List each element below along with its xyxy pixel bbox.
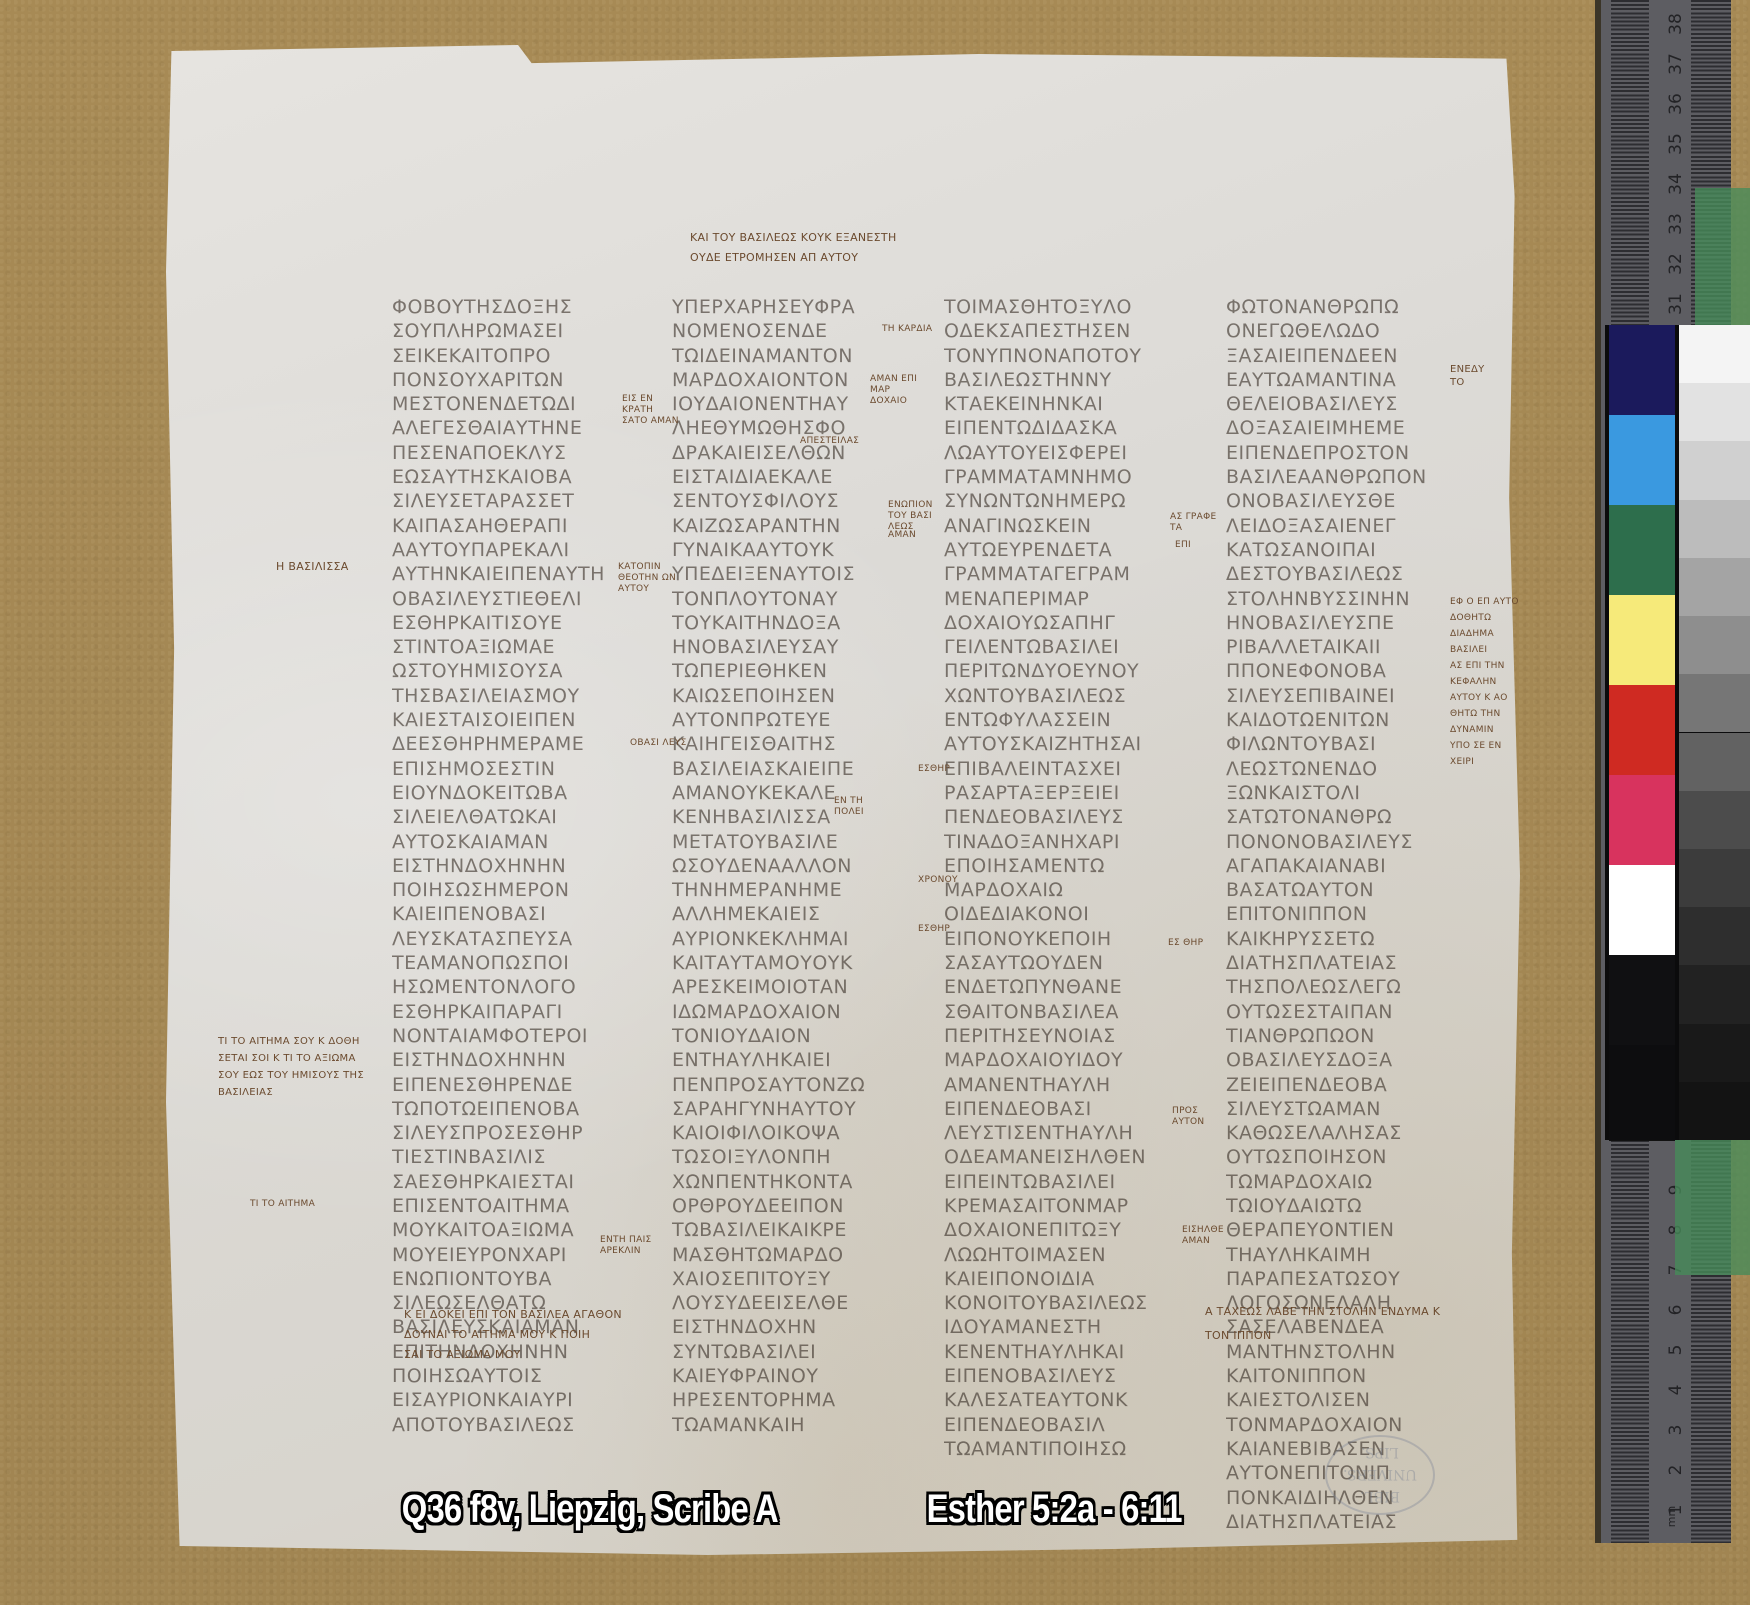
interlinear-note: ΑΜΑΝ — [888, 530, 948, 541]
manuscript-line: ΓΕΙΛΕΝΤΩΒΑΣΙΛΕΙ — [944, 635, 1194, 659]
manuscript-line: ΛΩΩΗΤΟΙΜΑΣΕΝ — [944, 1243, 1194, 1267]
marginal-note-line: ΑΣ ΕΠΙ ΤΗΝ — [1450, 658, 1519, 674]
manuscript-line: ΩΣΟΥΔΕΝΑΑΛΛΟΝ — [672, 854, 922, 878]
manuscript-line: ΕΙΣΤΗΝΔΟΧΗΝΗΝ — [392, 854, 642, 878]
manuscript-line: ΚΑΙΖΩΣΑΡΑΝΤΗΝ — [672, 514, 922, 538]
gray-step — [1679, 907, 1750, 965]
manuscript-line: ΕΙΠΕΝΕΣΘΗΡΕΝΔΕ — [392, 1073, 642, 1097]
manuscript-line: ΤΩΑΜΑΝΤΙΠΟΙΗΣΩ — [944, 1437, 1194, 1461]
gray-step — [1679, 965, 1750, 1023]
manuscript-line: ΑΥΤΟΣΚΑΙΑΜΑΝ — [392, 830, 642, 854]
manuscript-line: ΟΥΤΩΣΕΣΤΑΙΠΑΝ — [1226, 1000, 1476, 1024]
manuscript-line: ΒΑΣΙΛΕΩΣΤΗΝΝΥ — [944, 368, 1194, 392]
manuscript-line: ΒΑΣΙΛΕΙΑΣΚΑΙΕΙΠΕ — [672, 757, 922, 781]
manuscript-line: ΕΠΙΤΟΝΙΠΠΟΝ — [1226, 902, 1476, 926]
interlinear-note: ΑΣ ΓΡΑΦΕ ΤΑ — [1170, 512, 1230, 534]
ruler-mark: 37 — [1666, 49, 1686, 79]
gray-step — [1679, 1024, 1750, 1082]
manuscript-line: ΚΑΙΤΟΝΙΠΠΟΝ — [1226, 1364, 1476, 1388]
manuscript-line: ΜΕΣΤΟΝΕΝΔΕΤΩΔΙ — [392, 392, 642, 416]
manuscript-line: ΕΙΣΑΥΡΙΟΝΚΑΙΑΥΡΙ — [392, 1388, 642, 1412]
manuscript-line: ΟΝΕΓΩΘΕΛΩΔΟ — [1226, 319, 1476, 343]
manuscript-line: ΤΩΙΟΥΔΑΙΩΤΩ — [1226, 1194, 1476, 1218]
manuscript-line: ΚΑΙΔΟΤΩΕΝΙΤΩΝ — [1226, 708, 1476, 732]
manuscript-line: ΦΩΤΟΝΑΝΘΡΩΠΩ — [1226, 295, 1476, 319]
marginal-note-left-small: ΤΙ ΤΟ ΑΙΤΗΜΑ — [250, 1198, 315, 1211]
marginal-note-line: ΑΥΤΟΥ Κ ΑΟ — [1450, 690, 1519, 706]
manuscript-line: ΤΟΝΥΠΝΟΝΑΠΟΤΟΥ — [944, 344, 1194, 368]
manuscript-line: ΚΡΕΜΑΣΑΙΤΟΝΜΑΡ — [944, 1194, 1194, 1218]
gray-step — [1679, 1082, 1750, 1140]
manuscript-line: ΚΑΙΕΙΠΕΝΟΒΑΣΙ — [392, 902, 642, 926]
manuscript-line: ΣΟΥΠΛΗΡΩΜΑΣΕΙ — [392, 319, 642, 343]
manuscript-line: ΞΑΣΑΙΕΙΠΕΝΔΕΕΝ — [1226, 344, 1476, 368]
color-swatch — [1609, 955, 1675, 1046]
marginal-note-line: ΒΑΣΙΛΕΙ — [1450, 642, 1519, 658]
interlinear-note: ΟΒΑΣΙ ΛΕΥΣ — [630, 738, 690, 749]
manuscript-line: ΚΑΙΕΣΤΑΙΣΟΙΕΙΠΕΝ — [392, 708, 642, 732]
interlinear-note: ΕΠΙ — [1175, 540, 1235, 551]
manuscript-line: ΚΑΙΠΑΣΑΗΘΕΡΑΠΙ — [392, 514, 642, 538]
manuscript-line: ΣΑΡΑΗΓΥΝΗΑΥΤΟΥ — [672, 1097, 922, 1121]
manuscript-line: ΜΑΡΔΟΧΑΙΟΥΙΔΟΥ — [944, 1048, 1194, 1072]
interlinear-note: ΕΙΣ ΕΝ ΚΡΑΤΗ ΣΑΤΟ ΑΜΑΝ — [622, 394, 682, 427]
manuscript-line: ΝΟΝΤΑΙΑΜΦΟΤΕΡΟΙ — [392, 1024, 642, 1048]
marginal-note-top: ΚΑΙ ΤΟΥ ΒΑΣΙΛΕΩΣ ΚΟΥΚ ΕΞΑΝΕΣΤΗΟΥΔΕ ΕΤΡΟΜ… — [690, 228, 897, 268]
manuscript-line: ΕΩΣΑΥΤΗΣΚΑΙΟΒΑ — [392, 465, 642, 489]
manuscript-line: ΛΕΩΣΤΩΝΕΝΔΟ — [1226, 757, 1476, 781]
marginal-note-bottom-left: Κ ΕΙ ΔΟΚΕΙ ΕΠΙ ΤΟΝ ΒΑΣΙΛΕΑ ΑΓΑΘΟΝΔΟΥΝΑΙ … — [404, 1305, 622, 1365]
manuscript-line: ΒΑΣΙΛΕΑΑΝΘΡΩΠΟΝ — [1226, 465, 1476, 489]
manuscript-line: ΠΕΡΙΤΗΣΕΥΝΟΙΑΣ — [944, 1024, 1194, 1048]
manuscript-line: ΜΕΤΑΤΟΥΒΑΣΙΛΕ — [672, 830, 922, 854]
manuscript-line: ΤΙΑΝΘΡΩΠΩΟΝ — [1226, 1024, 1476, 1048]
stamp-line: UNIVERS. — [1327, 1463, 1433, 1485]
manuscript-line: ΣΙΛΕΥΣΠΡΟΣΕΣΘΗΡ — [392, 1121, 642, 1145]
marginal-note-line: ΕΦ Ο ΕΠ ΑΥΤΟ — [1450, 594, 1519, 610]
marginal-note-line: ΤΙ ΤΟ ΑΙΤΗΜΑ ΣΟΥ Κ ΔΟΘΗ — [218, 1033, 364, 1050]
manuscript-line: ΤΩΠΕΡΙΕΘΗΚΕΝ — [672, 659, 922, 683]
text-column-3: ΤΟΙΜΑΣΘΗΤΟΞΥΛΟΟΔΕΚΣΑΠΕΣΤΗΣΕΝΤΟΝΥΠΝΟΝΑΠΟΤ… — [944, 295, 1194, 1461]
manuscript-line: ΣΙΛΕΥΣΕΠΙΒΑΙΝΕΙ — [1226, 684, 1476, 708]
manuscript-line: ΠΕΡΙΤΩΝΔΥΟΕΥΝΟΥ — [944, 659, 1194, 683]
manuscript-line: ΗΡΕΣΕΝΤΟΡΗΜΑ — [672, 1388, 922, 1412]
text-column-1: ΦΟΒΟΥΤΗΣΔΟΞΗΣΣΟΥΠΛΗΡΩΜΑΣΕΙΣΕΙΚΕΚΑΙΤΟΠΡΟΠ… — [392, 295, 642, 1437]
manuscript-line: ΠΕΝΔΕΟΒΑΣΙΛΕΥΣ — [944, 805, 1194, 829]
interlinear-note: ΕΝΩΠΙΟΝ ΤΟΥ ΒΑΣΙ ΛΕΩΣ — [888, 500, 948, 533]
gray-step — [1679, 616, 1750, 674]
manuscript-line: ΤΩΒΑΣΙΛΕΙΚΑΙΚΡΕ — [672, 1218, 922, 1242]
manuscript-line: ΔΟΧΑΙΟΝΕΠΙΤΩΞΥ — [944, 1218, 1194, 1242]
gray-step — [1679, 383, 1750, 441]
color-swatch — [1609, 775, 1675, 866]
gray-step — [1679, 674, 1750, 732]
manuscript-line: ΑΑΥΤΟΥΠΑΡΕΚΑΛΙ — [392, 538, 642, 562]
manuscript-line: ΕΙΣΤΗΝΔΟΧΗΝΗΝ — [392, 1048, 642, 1072]
manuscript-line: ΣΥΝΩΝΤΩΝΗΜΕΡΩ — [944, 489, 1194, 513]
gray-step — [1679, 500, 1750, 558]
manuscript-line: ΕΠΙΣΕΝΤΟΑΙΤΗΜΑ — [392, 1194, 642, 1218]
manuscript-line: ΕΠΙΣΗΜΟΣΕΣΤΙΝ — [392, 757, 642, 781]
manuscript-line: ΟΒΑΣΙΛΕΥΣΔΟΞΑ — [1226, 1048, 1476, 1072]
text-column-4: ΦΩΤΟΝΑΝΘΡΩΠΩΟΝΕΓΩΘΕΛΩΔΟΞΑΣΑΙΕΙΠΕΝΔΕΕΝΕΑΥ… — [1226, 295, 1476, 1534]
manuscript-line: ΚΤΑΕΚΕΙΝΗΝΚΑΙ — [944, 392, 1194, 416]
marginal-note-line: ΚΑΙ ΤΟΥ ΒΑΣΙΛΕΩΣ ΚΟΥΚ ΕΞΑΝΕΣΤΗ — [690, 228, 897, 248]
manuscript-line: ΠΠΟΝΕΦΟΝΟΒΑ — [1226, 659, 1476, 683]
ruler-mark: 4 — [1666, 1375, 1686, 1405]
interlinear-note: ΕΣ ΘΗΡ — [1168, 938, 1228, 949]
manuscript-line: ΡΙΒΑΛΛΕΤΑΙΚΑΙΙ — [1226, 635, 1476, 659]
manuscript-line: ΟΔΕΑΜΑΝΕΙΣΗΛΘΕΝ — [944, 1145, 1194, 1169]
color-swatch — [1609, 685, 1675, 776]
marginal-note-left-basilissa: Η ΒΑΣΙΛΙΣΣΑ — [276, 560, 349, 573]
manuscript-line: ΠΑΡΑΠΕΣΑΤΩΣΟΥ — [1226, 1267, 1476, 1291]
gray-step — [1679, 325, 1750, 383]
manuscript-line: ΘΕΡΑΠΕΥΟΝΤΙΕΝ — [1226, 1218, 1476, 1242]
manuscript-line: ΚΑΙΤΑΥΤΑΜΟΥΟΥΚ — [672, 951, 922, 975]
interlinear-note: ΕΣΘΗΡ — [918, 764, 978, 775]
manuscript-line: ΠΟΙΗΣΩΣΗΜΕΡΟΝ — [392, 878, 642, 902]
gray-step — [1679, 791, 1750, 849]
manuscript-line: ΖΕΙΕΙΠΕΝΔΕΟΒΑ — [1226, 1073, 1476, 1097]
stamp-line: LIPS. — [1327, 1441, 1433, 1463]
marginal-note-line: Α ΤΑΧΕΩΣ ΛΑΒΕ ΤΗΝ ΣΤΟΛΗΝ ΕΝΔΥΜΑ Κ — [1205, 1300, 1440, 1324]
manuscript-line: ΟΒΑΣΙΛΕΥΣΤΙΕΘΕΛΙ — [392, 587, 642, 611]
manuscript-line: ΑΜΑΝΕΝΤΗΑΥΛΗ — [944, 1073, 1194, 1097]
ruler-mark: 31 — [1666, 289, 1686, 319]
marginal-note-line: Η ΒΑΣΙΛΙΣΣΑ — [276, 560, 349, 573]
interlinear-note: ΑΠΕΣΤΕΙΛΑΣ — [800, 436, 860, 447]
ruler-mark: 34 — [1666, 169, 1686, 199]
interlinear-note: ΕΝΤΗ ΠΑΙΣ ΑΡΕΚΛΙΝ — [600, 1235, 660, 1257]
marginal-note-line: ΔΟΥΝΑΙ ΤΟ ΑΙΤΗΜΑ ΜΟΥ Κ ΠΟΙΗ — [404, 1325, 622, 1345]
manuscript-line: ΚΟΝΟΙΤΟΥΒΑΣΙΛΕΩΣ — [944, 1291, 1194, 1315]
manuscript-line: ΚΑΙΩΣΕΠΟΙΗΣΕΝ — [672, 684, 922, 708]
marginal-note-line: ΔΟΘΗΤΩ — [1450, 610, 1519, 626]
manuscript-line: ΗΣΩΜΕΝΤΟΝΛΟΓΟ — [392, 975, 642, 999]
manuscript-line: ΑΓΑΠΑΚΑΙΑΝΑΒΙ — [1226, 854, 1476, 878]
interlinear-note: ΠΡΟΣ ΑΥΤΟΝ — [1172, 1106, 1232, 1128]
marginal-note-line: ΣΕΤΑΙ ΣΟΙ Κ ΤΙ ΤΟ ΑΞΙΩΜΑ — [218, 1050, 364, 1067]
marginal-note-line: ΔΥΝΑΜΙΝ — [1450, 722, 1519, 738]
manuscript-line: ΤΙΕΣΤΙΝΒΑΣΙΛΙΣ — [392, 1145, 642, 1169]
caption-passage: Esther 5:2a - 6:11 — [927, 1487, 1182, 1532]
manuscript-line: ΕΙΟΥΝΔΟΚΕΙΤΩΒΑ — [392, 781, 642, 805]
manuscript-line: ΚΑΙΕΥΦΡΑΙΝΟΥ — [672, 1364, 922, 1388]
manuscript-line: ΣΕΙΚΕΚΑΙΤΟΠΡΟ — [392, 344, 642, 368]
marginal-note-line: ΧΕΙΡΙ — [1450, 754, 1519, 770]
manuscript-line: ΟΔΕΚΣΑΠΕΣΤΗΣΕΝ — [944, 319, 1194, 343]
manuscript-line: ΕΠΙΒΑΛΕΙΝΤΑΣΧΕΙ — [944, 757, 1194, 781]
manuscript-line: ΜΑΣΘΗΤΩΜΑΡΔΟ — [672, 1243, 922, 1267]
manuscript-line: ΣΤΙΝΤΟΑΞΙΩΜΑΕ — [392, 635, 642, 659]
manuscript-line: ΔΡΑΚΑΙΕΙΣΕΛΘΩΝ — [672, 441, 922, 465]
manuscript-line: ΑΠΟΤΟΥΒΑΣΙΛΕΩΣ — [392, 1413, 642, 1437]
marginal-note-right-diadema: ΕΦ Ο ΕΠ ΑΥΤΟΔΟΘΗΤΩΔΙΑΔΗΜΑΒΑΣΙΛΕΙΑΣ ΕΠΙ Τ… — [1450, 594, 1519, 770]
manuscript-line: ΕΙΣΤΗΝΔΟΧΗΝ — [672, 1315, 922, 1339]
marginal-note-bottom-right: Α ΤΑΧΕΩΣ ΛΑΒΕ ΤΗΝ ΣΤΟΛΗΝ ΕΝΔΥΜΑ ΚΤΟΝ ΙΠΠ… — [1205, 1300, 1440, 1348]
manuscript-line: ΕΙΠΕΝΔΕΟΒΑΣΙ — [944, 1097, 1194, 1121]
manuscript-line: ΚΑΘΩΣΕΛΑΛΗΣΑΣ — [1226, 1121, 1476, 1145]
manuscript-line: ΡΑΣΑΡΤΑΞΕΡΞΕΙΕΙ — [944, 781, 1194, 805]
manuscript-line: ΕΙΠΕΙΝΤΩΒΑΣΙΛΕΙ — [944, 1170, 1194, 1194]
manuscript-line: ΤΩΣΟΙΞΥΛΟΝΠΗ — [672, 1145, 922, 1169]
manuscript-line: ΠΟΝΟΝΟΒΑΣΙΛΕΥΣ — [1226, 830, 1476, 854]
manuscript-line: ΚΑΙΕΙΠΟΝΟΙΔΙΑ — [944, 1267, 1194, 1291]
gray-step — [1679, 849, 1750, 907]
manuscript-line: ΒΑΣΑΤΩΑΥΤΟΝ — [1226, 878, 1476, 902]
marginal-note-line: ΔΙΑΔΗΜΑ — [1450, 626, 1519, 642]
manuscript-line: ΩΣΤΟΥΗΜΙΣΟΥΣΑ — [392, 659, 642, 683]
gray-step — [1679, 441, 1750, 499]
marginal-note-line: ΤΟΝ ΙΠΠΟΝ — [1205, 1324, 1440, 1348]
ruler-mark: 32 — [1666, 249, 1686, 279]
marginal-note-line: ΕΝΕΔΥ — [1450, 363, 1485, 376]
interlinear-note: ΚΑΤΟΠΙΝ ΘΕΟΤΗΝ ΩΝ ΑΥΤΟΥ — [618, 562, 678, 595]
manuscript-line: ΕΙΠΕΝΔΕΠΡΟΣΤΟΝ — [1226, 441, 1476, 465]
manuscript-line: ΗΝΟΒΑΣΙΛΕΥΣΠΕ — [1226, 611, 1476, 635]
ruler-mark: 2 — [1666, 1455, 1686, 1485]
manuscript-line: ΧΩΝΤΟΥΒΑΣΙΛΕΩΣ — [944, 684, 1194, 708]
manuscript-line: ΕΝΤΗΑΥΛΗΚΑΙΕΙ — [672, 1048, 922, 1072]
manuscript-line: ΔΟΞΑΣΑΙΕΙΜΗΕΜΕ — [1226, 416, 1476, 440]
manuscript-line: ΛΟΥΣΥΔΕΕΙΣΕΛΘΕ — [672, 1291, 922, 1315]
marginal-note-line: ΥΠΟ ΣΕ ΕΝ — [1450, 738, 1519, 754]
manuscript-line: ΕΙΠΕΝΔΕΟΒΑΣΙΛ — [944, 1413, 1194, 1437]
manuscript-line: ΣΑΤΩΤΟΝΑΝΘΡΩ — [1226, 805, 1476, 829]
manuscript-line: ΑΛΛΗΜΕΚΑΙΕΙΣ — [672, 902, 922, 926]
manuscript-line: ΣΘΑΙΤΟΝΒΑΣΙΛΕΑ — [944, 1000, 1194, 1024]
manuscript-line: ΧΑΙΟΣΕΠΙΤΟΥΞΥ — [672, 1267, 922, 1291]
manuscript-line: ΛΕΥΣΤΙΣΕΝΤΗΑΥΛΗ — [944, 1121, 1194, 1145]
marginal-note-line: ΤΙ ΤΟ ΑΙΤΗΜΑ — [250, 1198, 315, 1211]
color-calibration-chart — [1605, 325, 1750, 1140]
manuscript-line: ΑΛΕΓΕΣΘΑΙΑΥΤΗΝΕ — [392, 416, 642, 440]
manuscript-line: ΤΩΑΜΑΝΚΑΙΗ — [672, 1413, 922, 1437]
manuscript-line: ΣΙΛΕΙΕΛΘΑΤΩΚΑΙ — [392, 805, 642, 829]
manuscript-line: ΣΑΣΑΥΤΩΟΥΔΕΝ — [944, 951, 1194, 975]
manuscript-line: ΕΙΠΕΝΤΩΔΙΔΑΣΚΑ — [944, 416, 1194, 440]
green-tape-top — [1695, 188, 1750, 336]
manuscript-line: ΛΩΑΥΤΟΥΕΙΣΦΕΡΕΙ — [944, 441, 1194, 465]
ruler-mark: 35 — [1666, 129, 1686, 159]
manuscript-line: ΧΩΝΠΕΝΤΗΚΟΝΤΑ — [672, 1170, 922, 1194]
manuscript-line: ΤΟΝΠΛΟΥΤΟΝΑΥ — [672, 587, 922, 611]
marginal-note-right-top: ΕΝΕΔΥΤΟ — [1450, 363, 1485, 389]
manuscript-line: ΤΩΠΟΤΩΕΙΠΕΝΟΒΑ — [392, 1097, 642, 1121]
marginal-note-line: ΣΑΙ ΤΟ ΑΞΙΩΜΑ ΜΟΥ — [404, 1345, 622, 1365]
manuscript-line: ΣΥΝΤΩΒΑΣΙΛΕΙ — [672, 1340, 922, 1364]
interlinear-note: ΧΡΟΝΟΥ — [918, 875, 978, 886]
interlinear-note: ΕΙΣΗΛΘΕ ΑΜΑΝ — [1182, 1225, 1242, 1247]
manuscript-line: ΠΟΝΣΟΥΧΑΡΙΤΩΝ — [392, 368, 642, 392]
manuscript-line: ΟΝΟΒΑΣΙΛΕΥΣΘΕ — [1226, 489, 1476, 513]
manuscript-line: ΕΙΠΟΝΟΥΚΕΠΟΙΗ — [944, 927, 1194, 951]
manuscript-line: ΔΙΑΤΗΣΠΛΑΤΕΙΑΣ — [1226, 951, 1476, 975]
marginal-note-line: ΤΟ — [1450, 376, 1485, 389]
manuscript-line: ΤΗΣΠΟΛΕΩΣΛΕΓΩ — [1226, 975, 1476, 999]
manuscript-line: ΗΝΟΒΑΣΙΛΕΥΣΑΥ — [672, 635, 922, 659]
manuscript-line: ΚΑΙΕΣΤΟΛΙΣΕΝ — [1226, 1388, 1476, 1412]
manuscript-line: ΚΑΛΕΣΑΤΕΑΥΤΟΝΚ — [944, 1388, 1194, 1412]
manuscript-line: ΚΑΙΗΓΕΙΣΘΑΙΤΗΣ — [672, 732, 922, 756]
manuscript-line: ΤΙΝΑΔΟΞΑΝΗΧΑΡΙ — [944, 830, 1194, 854]
manuscript-line: ΞΩΝΚΑΙΣΤΟΛΙ — [1226, 781, 1476, 805]
ruler-mark: 38 — [1666, 9, 1686, 39]
manuscript-line: ΟΙΔΕΔΙΑΚΟΝΟΙ — [944, 902, 1194, 926]
green-tape-bottom — [1675, 1140, 1750, 1275]
manuscript-line: ΕΝΔΕΤΩΠΥΝΘΑΝΕ — [944, 975, 1194, 999]
manuscript-line: ΤΟΥΚΑΙΤΗΝΔΟΞΑ — [672, 611, 922, 635]
manuscript-line: ΓΡΑΜΜΑΤΑΓΕΓΡΑΜ — [944, 562, 1194, 586]
manuscript-line: ΣΤΟΛΗΝΒΥΣΣΙΝΗΝ — [1226, 587, 1476, 611]
color-swatch — [1609, 865, 1675, 956]
manuscript-line: ΣΙΛΕΥΣΕΤΑΡΑΣΣΕΤ — [392, 489, 642, 513]
ruler-mark: 36 — [1666, 89, 1686, 119]
interlinear-note: ΤΗ ΚΑΡΔΙΑ — [882, 324, 942, 335]
interlinear-note: ΑΜΑΝ ΕΠΙ ΜΑΡ ΔΟΧΑΙΟ — [870, 374, 930, 407]
manuscript-line: ΜΕΝΑΠΕΡΙΜΑΡ — [944, 587, 1194, 611]
manuscript-line: ΣΑΕΣΘΗΡΚΑΙΕΣΤΑΙ — [392, 1170, 642, 1194]
manuscript-line: ΚΑΙΚΗΡΥΣΣΕΤΩ — [1226, 927, 1476, 951]
manuscript-line: ΦΟΒΟΥΤΗΣΔΟΞΗΣ — [392, 295, 642, 319]
manuscript-line: ΕΑΥΤΩΑΜΑΝΤΙΝΑ — [1226, 368, 1476, 392]
manuscript-line: ΔΕΣΤΟΥΒΑΣΙΛΕΩΣ — [1226, 562, 1476, 586]
marginal-note-line: ΘΗΤΩ ΤΗΝ — [1450, 706, 1519, 722]
text-column-2: ΥΠΕΡΧΑΡΗΣΕΥΦΡΑΝΟΜΕΝΟΣΕΝΔΕΤΩΙΔΕΙΝΑΜΑΝΤΟΝΜ… — [672, 295, 922, 1437]
manuscript-line: ΤΗΑΥΛΗΚΑΙΜΗ — [1226, 1243, 1476, 1267]
manuscript-line: ΥΠΕΡΧΑΡΗΣΕΥΦΡΑ — [672, 295, 922, 319]
manuscript-line: ΤΕΑΜΑΝΟΠΩΣΠΟΙ — [392, 951, 642, 975]
manuscript-line: ΤΟΝΙΟΥΔΑΙΟΝ — [672, 1024, 922, 1048]
gray-step — [1679, 733, 1750, 791]
manuscript-line: ΠΟΙΗΣΩΑΥΤΟΙΣ — [392, 1364, 642, 1388]
manuscript-line: ΑΡΕΣΚΕΙΜΟΙΟΤΑΝ — [672, 975, 922, 999]
color-swatch — [1609, 1045, 1675, 1141]
manuscript-line: ΔΕΕΣΘΗΡΗΜΕΡΑΜΕ — [392, 732, 642, 756]
manuscript-line: ΣΕΝΤΟΥΣΦΙΛΟΥΣ — [672, 489, 922, 513]
manuscript-line: ΙΔΩΜΑΡΔΟΧΑΙΟΝ — [672, 1000, 922, 1024]
manuscript-line: ΕΣΘΗΡΚΑΙΠΑΡΑΓΙ — [392, 1000, 642, 1024]
manuscript-line: ΘΕΛΕΙΟΒΑΣΙΛΕΥΣ — [1226, 392, 1476, 416]
color-swatch — [1609, 325, 1675, 416]
marginal-note-line: ΚΕΦΑΛΗΝ — [1450, 674, 1519, 690]
manuscript-line: ΕΝΤΩΦΥΛΑΣΣΕΙΝ — [944, 708, 1194, 732]
manuscript-line: ΛΕΙΔΟΞΑΣΑΙΕΝΕΓ — [1226, 514, 1476, 538]
caption-bar: Q36 f8v, Liepzig, Scribe A Esther 5:2a -… — [0, 1487, 1435, 1547]
manuscript-line: ΤΗΝΗΜΕΡΑΝΗΜΕ — [672, 878, 922, 902]
manuscript-line: ΟΡΘΡΟΥΔΕΕΙΠΟΝ — [672, 1194, 922, 1218]
caption-folio: Q36 f8v, Liepzig, Scribe A — [402, 1487, 778, 1532]
manuscript-line: ΜΑΡΔΟΧΑΙΩ — [944, 878, 1194, 902]
ruler-mark: 1 — [1666, 1495, 1686, 1525]
manuscript-line: ΤΗΣΒΑΣΙΛΕΙΑΣΜΟΥ — [392, 684, 642, 708]
interlinear-note: ΕΝ ΤΗ ΠΟΛΕΙ — [834, 796, 894, 818]
manuscript-line: ΙΔΟΥΑΜΑΝΕΣΤΗ — [944, 1315, 1194, 1339]
manuscript-line: ΚΑΤΩΣΑΝΟΙΠΑΙ — [1226, 538, 1476, 562]
manuscript-line: ΤΟΙΜΑΣΘΗΤΟΞΥΛΟ — [944, 295, 1194, 319]
manuscript-line: ΛΗΕΘΥΜΩΘΗΣΦΟ — [672, 416, 922, 440]
manuscript-line: ΑΥΤΟΥΣΚΑΙΖΗΤΗΣΑΙ — [944, 732, 1194, 756]
manuscript-line: ΛΕΥΣΚΑΤΑΣΠΕΥΣΑ — [392, 927, 642, 951]
manuscript-line: ΤΩΜΑΡΔΟΧΑΙΩ — [1226, 1170, 1476, 1194]
manuscript-line: ΑΝΑΓΙΝΩΣΚΕΙΝ — [944, 514, 1194, 538]
manuscript-line: ΤΩΙΔΕΙΝΑΜΑΝΤΟΝ — [672, 344, 922, 368]
marginal-note-line: ΟΥΔΕ ΕΤΡΟΜΗΣΕΝ ΑΠ ΑΥΤΟΥ — [690, 248, 897, 268]
color-swatch — [1609, 595, 1675, 686]
manuscript-line: ΟΥΤΩΣΠΟΙΗΣΟΝ — [1226, 1145, 1476, 1169]
manuscript-line: ΕΙΣΤΑΙΔΙΑΕΚΑΛΕ — [672, 465, 922, 489]
color-swatch — [1609, 415, 1675, 506]
manuscript-line: ΤΟΝΜΑΡΔΟΧΑΙΟΝ — [1226, 1413, 1476, 1437]
manuscript-line: ΠΕΣΕΝΑΠΟΕΚΛΥΣ — [392, 441, 642, 465]
manuscript-line: ΓΡΑΜΜΑΤΑΜΝΗΜΟ — [944, 465, 1194, 489]
manuscript-line: ΥΠΕΔΕΙΞΕΝΑΥΤΟΙΣ — [672, 562, 922, 586]
marginal-note-line: Κ ΕΙ ΔΟΚΕΙ ΕΠΙ ΤΟΝ ΒΑΣΙΛΕΑ ΑΓΑΘΟΝ — [404, 1305, 622, 1325]
marginal-note-line: ΣΟΥ ΕΩΣ ΤΟΥ ΗΜΙΣΟΥΣ ΤΗΣ — [218, 1067, 364, 1084]
ruler-mark: 33 — [1666, 209, 1686, 239]
manuscript-line: ΕΣΘΗΡΚΑΙΤΙΣΟΥΕ — [392, 611, 642, 635]
color-swatch — [1609, 505, 1675, 596]
manuscript-line: ΚΑΙΟΙΦΙΛΟΙΚΟΨΑ — [672, 1121, 922, 1145]
manuscript-line: ΕΝΩΠΙΟΝΤΟΥΒΑ — [392, 1267, 642, 1291]
manuscript-line: ΑΥΡΙΟΝΚΕΚΛΗΜΑΙ — [672, 927, 922, 951]
manuscript-line: ΓΥΝΑΙΚΑΑΥΤΟΥΚ — [672, 538, 922, 562]
marginal-note-line: ΒΑΣΙΛΕΙΑΣ — [218, 1084, 364, 1101]
manuscript-line: ΑΥΤΩΕΥΡΕΝΔΕΤΑ — [944, 538, 1194, 562]
manuscript-line: ΚΕΝΕΝΤΗΑΥΛΗΚΑΙ — [944, 1340, 1194, 1364]
manuscript-line: ΕΠΟΙΗΣΑΜΕΝΤΩ — [944, 854, 1194, 878]
gray-step — [1679, 558, 1750, 616]
ruler-mark: 5 — [1666, 1335, 1686, 1365]
manuscript-line: ΦΙΛΩΝΤΟΥΒΑΣΙ — [1226, 732, 1476, 756]
ruler-mark: 6 — [1666, 1295, 1686, 1325]
ruler-mark: 3 — [1666, 1415, 1686, 1445]
manuscript-line: ΑΥΤΟΝΠΡΩΤΕΥΕ — [672, 708, 922, 732]
manuscript-line: ΔΟΧΑΙΟΥΩΣΑΠΗΓ — [944, 611, 1194, 635]
manuscript-line: ΕΙΠΕΝΟΒΑΣΙΛΕΥΣ — [944, 1364, 1194, 1388]
manuscript-line: ΣΙΛΕΥΣΤΩΑΜΑΝ — [1226, 1097, 1476, 1121]
manuscript-line: ΑΥΤΗΝΚΑΙΕΙΠΕΝΑΥΤΗ — [392, 562, 642, 586]
interlinear-note: ΕΣΘΗΡ — [918, 924, 978, 935]
marginal-note-left-aitema: ΤΙ ΤΟ ΑΙΤΗΜΑ ΣΟΥ Κ ΔΟΘΗΣΕΤΑΙ ΣΟΙ Κ ΤΙ ΤΟ… — [218, 1033, 364, 1101]
manuscript-line: ΠΕΝΠΡΟΣΑΥΤΟΝΖΩ — [672, 1073, 922, 1097]
